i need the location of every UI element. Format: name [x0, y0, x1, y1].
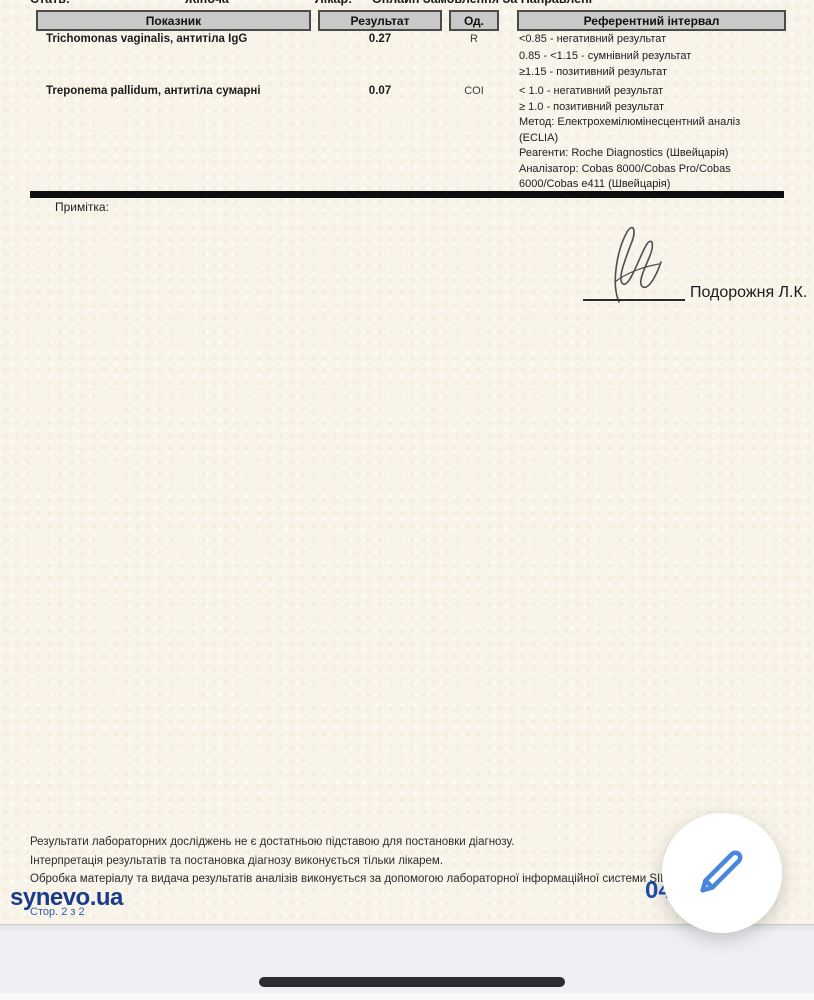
test-result: 0.07 — [318, 85, 442, 97]
column-header-result: Результат — [318, 10, 442, 31]
test-name: Trichomonas vaginalis, антитіла IgG — [46, 33, 247, 45]
order-info: Онлайн Замовлення За Направлені — [372, 0, 592, 6]
section-divider — [30, 191, 784, 198]
reference-line: Аналізатор: Cobas 8000/Cobas Pro/Cobas — [519, 163, 731, 175]
sex-value: Жіноча — [185, 0, 229, 6]
doctor-label: Лікар: — [315, 0, 352, 6]
column-header-unit: Од. — [449, 10, 499, 31]
reference-line: 0.85 - <1.15 - сумнівний результат — [519, 50, 691, 62]
sex-label: Стать: — [30, 0, 70, 6]
pencil-icon — [695, 844, 749, 898]
bottom-strip — [0, 993, 814, 1000]
test-unit: R — [449, 33, 499, 45]
signature-scribble — [597, 222, 669, 306]
disclaimer-line: Результати лабораторних досліджень не є … — [30, 836, 514, 848]
column-header-reference: Референтний інтервал — [517, 10, 786, 31]
signatory-name: Подорожня Л.К. — [690, 284, 807, 302]
reference-line: Реагенти: Roche Diagnostics (Швейцарія) — [519, 147, 728, 159]
edit-fab-button[interactable] — [662, 813, 782, 933]
test-unit: COI — [449, 85, 499, 97]
page-number: Стор. 2 з 2 — [30, 906, 85, 918]
reference-line: ≥ 1.0 - позитивний результат — [519, 101, 664, 113]
reference-line: 6000/Cobas e411 (Швейцарія) — [519, 178, 670, 190]
patient-info-row-cutoff: Стать: Жіноча Лікар: Онлайн Замовлення З… — [0, 0, 814, 8]
reference-line: ≥1.15 - позитивний результат — [519, 66, 667, 78]
reference-line: (ECLIA) — [519, 132, 558, 144]
lab-report-page: Стать: Жіноча Лікар: Онлайн Замовлення З… — [0, 0, 814, 925]
disclaimer-line: Обробка матеріалу та видача результатів … — [30, 873, 685, 885]
reference-line: Метод: Електрохемілюмінесцентний аналіз — [519, 116, 740, 128]
disclaimer-line: Інтерпретація результатів та постановка … — [30, 855, 443, 867]
home-indicator[interactable] — [259, 977, 565, 987]
mobile-document-viewer: Стать: Жіноча Лікар: Онлайн Замовлення З… — [0, 0, 814, 1000]
test-result: 0.27 — [318, 33, 442, 45]
reference-line: <0.85 - негативний результат — [519, 33, 666, 45]
viewer-background — [0, 925, 814, 1000]
test-name: Treponema pallidum, антитіла сумарні — [46, 85, 261, 97]
reference-line: < 1.0 - негативний результат — [519, 85, 663, 97]
note-label: Примітка: — [55, 200, 109, 214]
column-header-indicator: Показник — [36, 10, 311, 31]
signature-line — [583, 299, 685, 301]
